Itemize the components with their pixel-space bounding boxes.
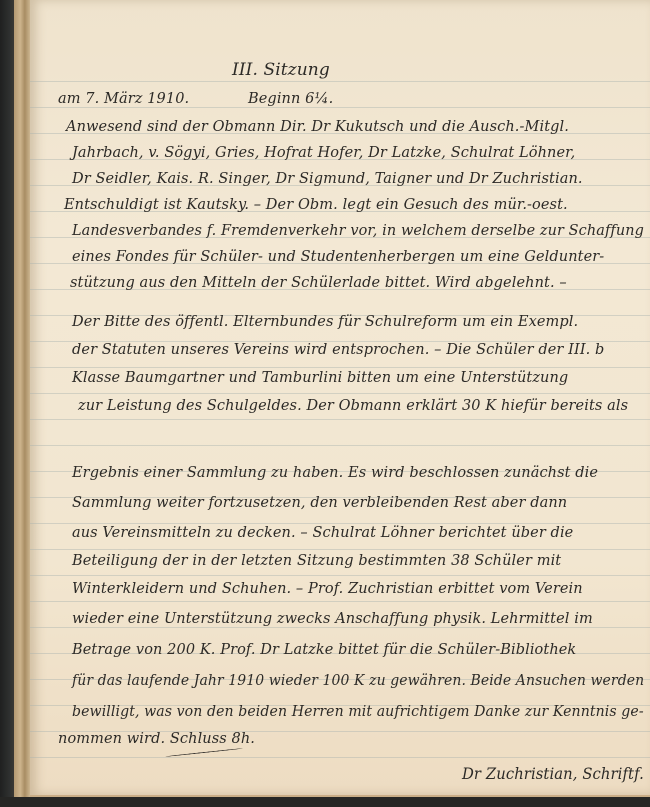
minutes-line: Landesverbandes f. Fremdenverkehr vor, i… — [72, 224, 644, 239]
minutes-line: bewilligt, was von den beiden Herren mit… — [72, 705, 644, 720]
meeting-date: am 7. März 1910. — [58, 92, 189, 107]
ruled-line — [30, 523, 650, 524]
minutes-line: Betrage von 200 K. Prof. Dr Latzke bitte… — [72, 643, 576, 658]
minutes-line: für das laufende Jahr 1910 wieder 100 K … — [72, 674, 644, 689]
ruled-line — [30, 419, 650, 420]
minutes-line: Entschuldigt ist Kautsky. – Der Obm. leg… — [64, 198, 568, 213]
minutes-line: Sammlung weiter fortzusetzen, den verble… — [72, 496, 567, 511]
minutes-line: wieder eine Unterstützung zwecks Anschaf… — [72, 612, 593, 627]
minutes-line: aus Vereinsmitteln zu decken. – Schulrat… — [72, 526, 573, 541]
minutes-line: Anwesend sind der Obmann Dir. Dr Kukutsc… — [66, 120, 569, 135]
ruled-line — [30, 393, 650, 394]
ruled-line — [30, 549, 650, 550]
ruled-line — [30, 445, 650, 446]
book-bottom-edge — [0, 797, 650, 807]
ruled-line — [30, 627, 650, 628]
secretary-signature: Dr Zuchristian, Schriftf. — [462, 766, 644, 782]
minutes-line: Jahrbach, v. Sögyi, Gries, Hofrat Hofer,… — [72, 146, 575, 161]
minutes-line: Klasse Baumgartner und Tamburlini bitten… — [72, 371, 568, 386]
meeting-start-time: Beginn 6¼. — [248, 92, 333, 107]
ruled-line — [30, 107, 650, 108]
ruled-line — [30, 757, 650, 758]
minutes-line: eines Fondes für Schüler- und Studentenh… — [72, 250, 604, 265]
book-binding — [0, 0, 14, 807]
session-heading: III. Sitzung — [232, 62, 330, 79]
minutes-line: Dr Seidler, Kais. R. Singer, Dr Sigmund,… — [72, 172, 583, 187]
minutes-line: Winterkleidern und Schuhen. – Prof. Zuch… — [72, 582, 583, 597]
ruled-line — [30, 575, 650, 576]
ruled-line — [30, 81, 650, 82]
minutes-line: zur Leistung des Schulgeldes. Der Obmann… — [78, 399, 628, 414]
ruled-line — [30, 367, 650, 368]
ruled-line — [30, 601, 650, 602]
scanned-ledger-page: III. Sitzung am 7. März 1910. Beginn 6¼.… — [0, 0, 650, 807]
minutes-line: stützung aus den Mitteln der Schülerlade… — [70, 276, 567, 291]
minutes-line: Beteiligung der in der letzten Sitzung b… — [72, 554, 561, 569]
minutes-line: Ergebnis einer Sammlung zu haben. Es wir… — [72, 466, 598, 481]
minutes-line: nommen wird. Schluss 8h. — [58, 732, 255, 747]
minutes-line: der Statuten unseres Vereins wird entspr… — [72, 343, 604, 358]
minutes-line: Der Bitte des öffentl. Elternbundes für … — [72, 315, 578, 330]
